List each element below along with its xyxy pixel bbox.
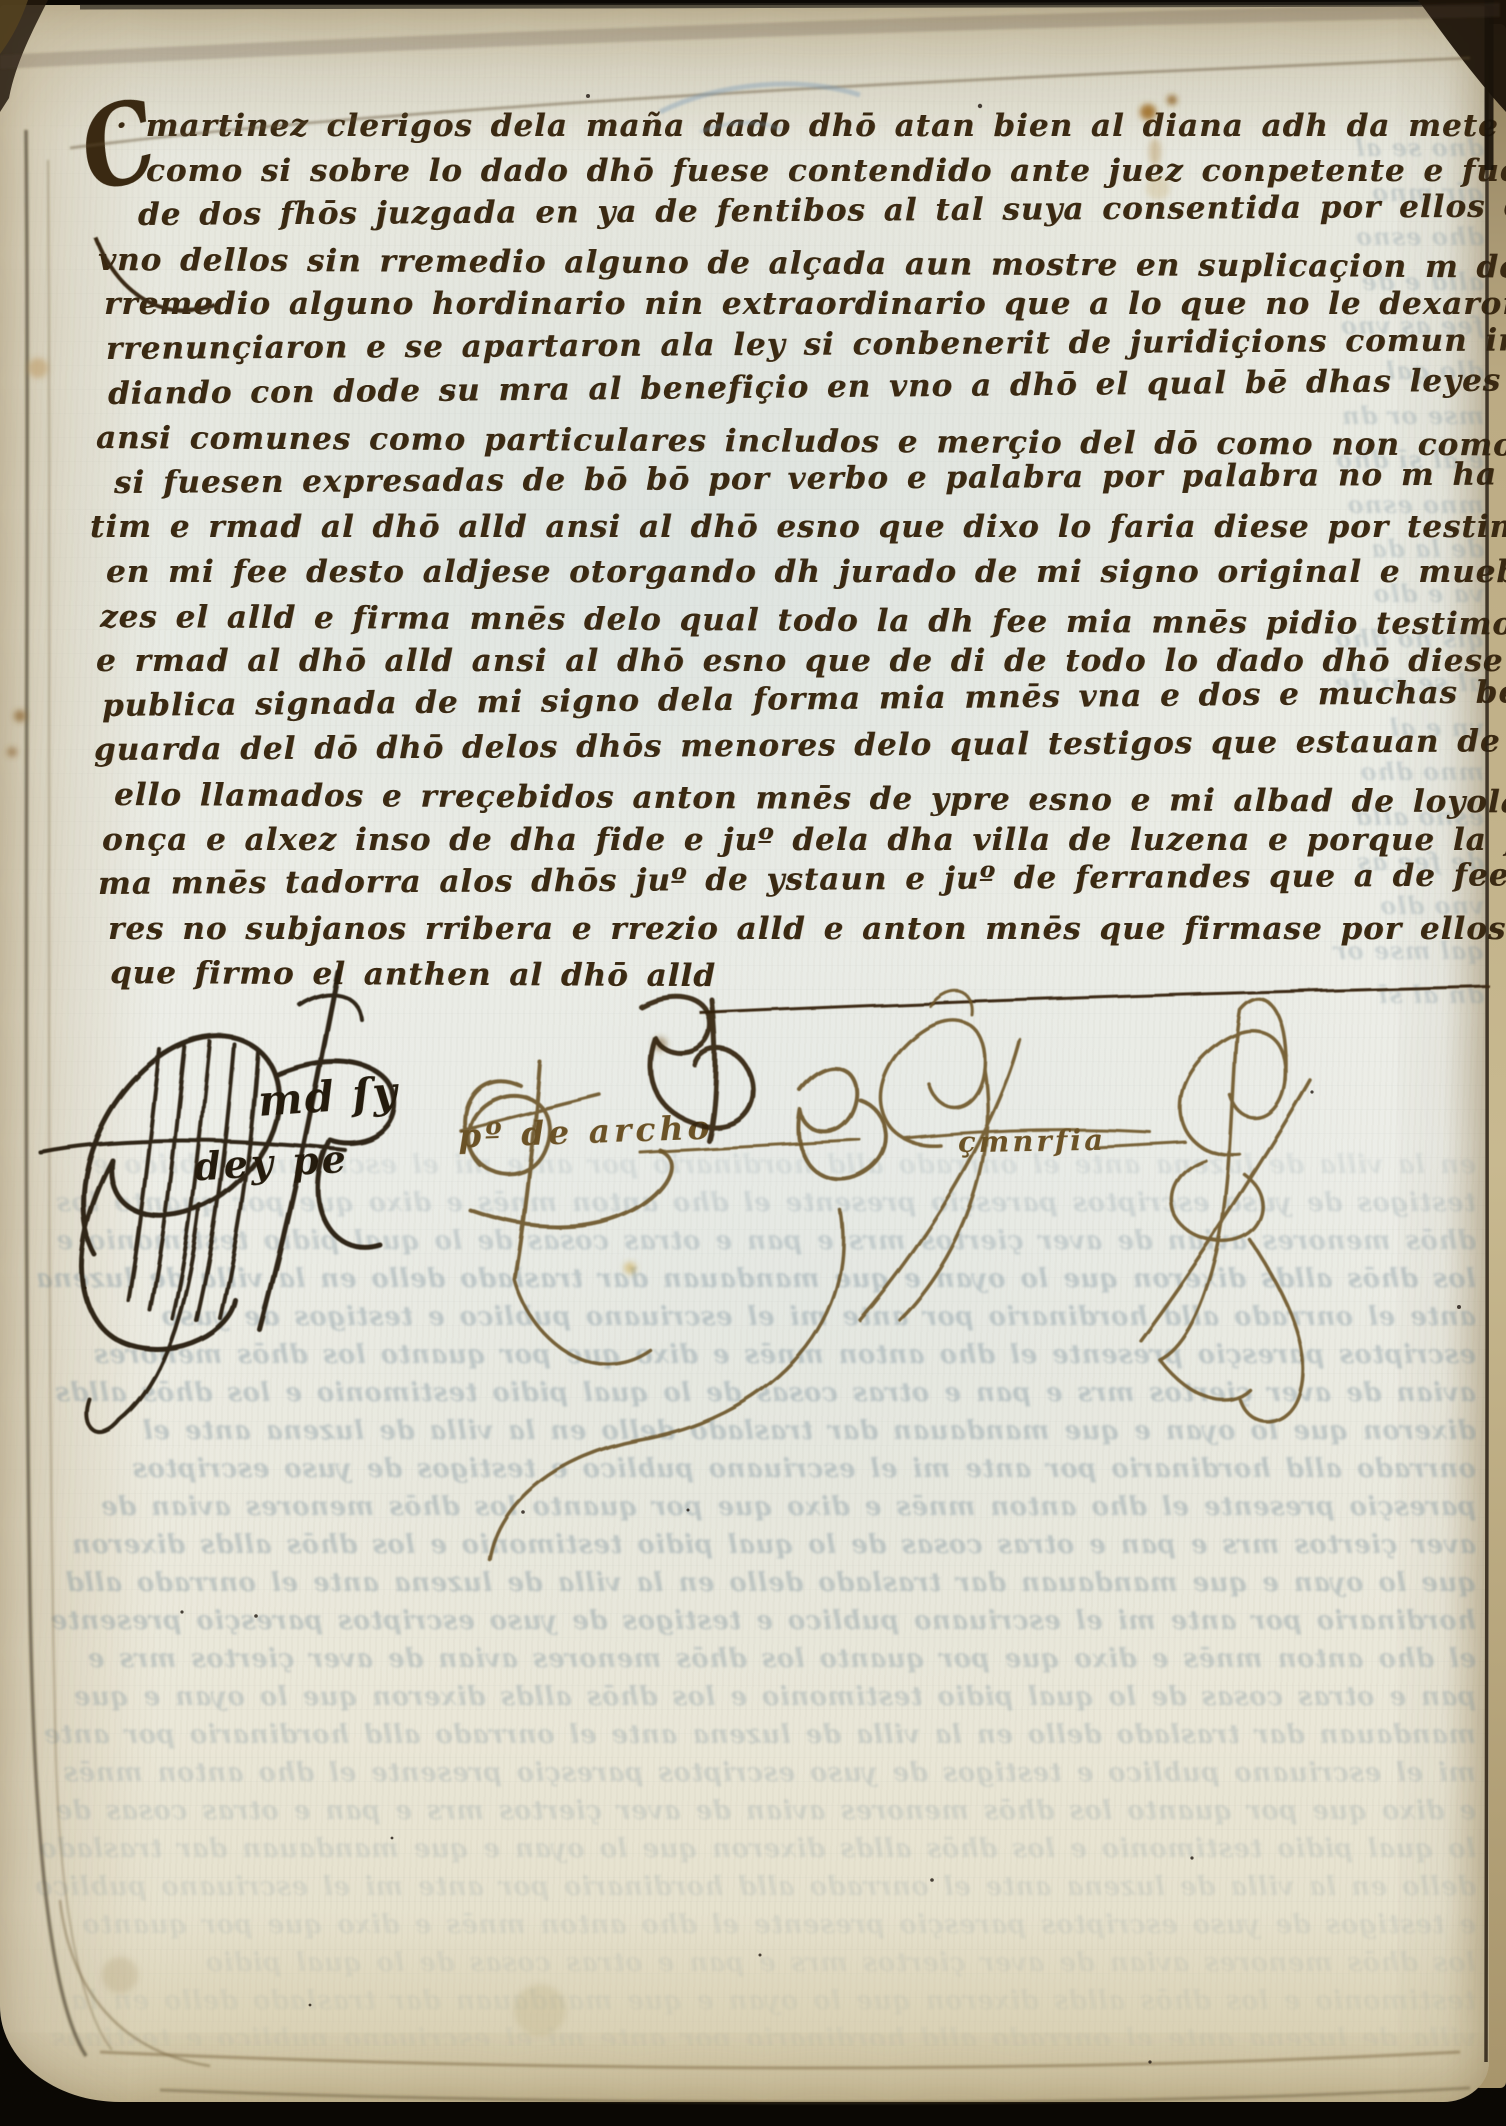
signature-left-text-1: md ſy [256, 1067, 400, 1126]
manuscript-line: vno dellos sin rremedio alguno de alçada… [98, 238, 1490, 290]
manuscript-line: res no subjanos rribera e rrezio alld e … [108, 907, 1490, 952]
manuscript-line: zes el alld e firma mnēs delo qual todo … [100, 595, 1490, 647]
text-block: · martinez clerigos dela maña dado dhō a… [86, 104, 1490, 996]
manuscript-line: ma mnēs tadorra alos dhōs juº de ystaun … [98, 854, 1490, 907]
manuscript-line: si fuesen expresadas de bō bō por verbo … [114, 452, 1490, 505]
manuscript-line: de dos fhōs juzgada en ya de fentibos al… [138, 185, 1490, 238]
manuscript-line: · martinez clerigos dela maña dado dhō a… [116, 104, 1490, 149]
signature-right-text: çmnrfia [958, 1123, 1107, 1160]
manuscript-line: tim e rmad al dhō alld ansi al dhō esno … [90, 505, 1490, 550]
manuscript-line: guarda del dō dhō delos dhōs menores del… [94, 720, 1490, 773]
bleedthrough-lower-block: en la villa de luzena ante el onrrado al… [34, 1146, 1476, 2046]
signature-left-text-2: dey pe [193, 1136, 350, 1189]
manuscript-scan: dno se al qīr mno dho esno alld e de fee… [0, 0, 1506, 2126]
manuscript-line: que firmo el anthen al dhō alld [110, 951, 1490, 1003]
manuscript-line: en mi fee desto aldjese otorgando dh jur… [106, 550, 1490, 595]
manuscript-line: ello llamados e rreçebidos anton mnēs de… [114, 773, 1490, 825]
